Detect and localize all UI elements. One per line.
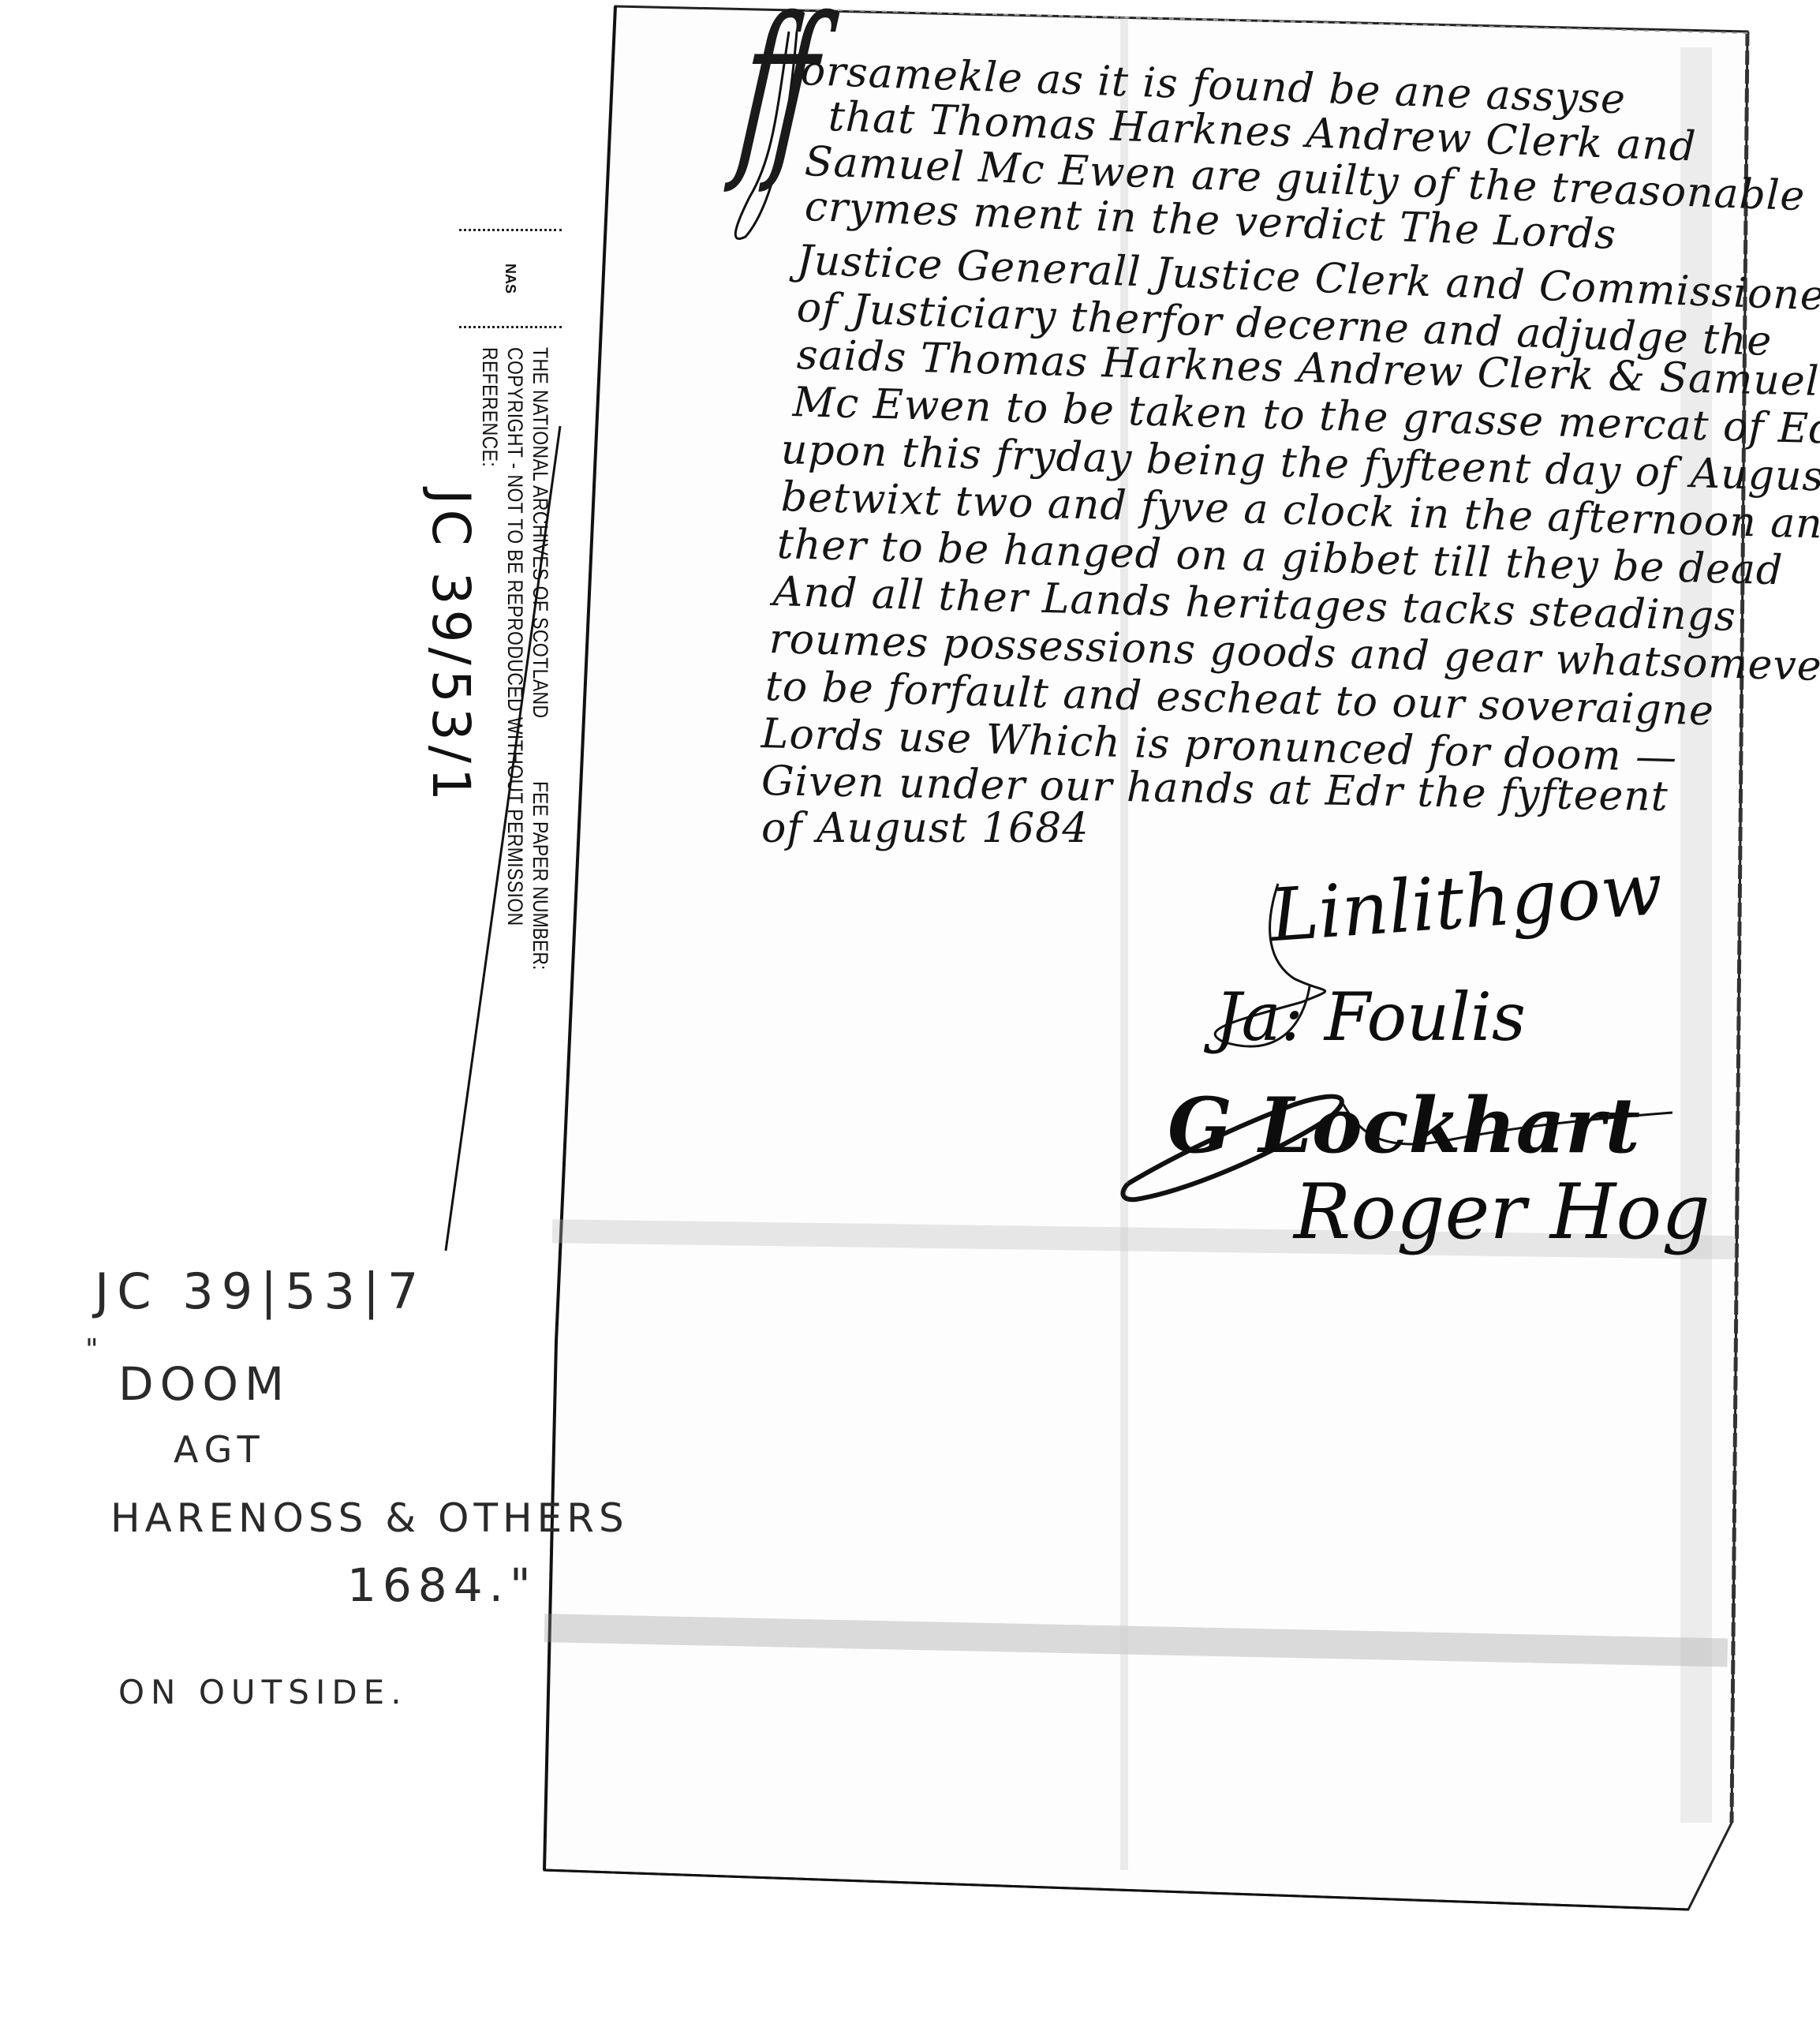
note-year: 1684." <box>347 1558 537 1612</box>
note-doom: DOOM <box>118 1357 290 1411</box>
stamp-archive-name: THE NATIONAL ARCHIVES OF SCOTLAND <box>528 347 552 719</box>
stamp-reference-value: JC 39/53/1 <box>420 489 481 806</box>
note-reference: JC 39|53|7 <box>95 1262 426 1320</box>
stamp-fee-paper-label: FEE PAPER NUMBER: <box>528 781 552 970</box>
manuscript-line: of August 1684 <box>761 805 1089 852</box>
stamp-copyright-notice: COPYRIGHT - NOT TO BE REPRODUCED WITHOUT… <box>503 347 527 926</box>
signature-lockhart: G Lockhart <box>1168 1081 1640 1170</box>
note-on-outside: ON OUTSIDE. <box>118 1673 408 1711</box>
signature-hog: Roger Hog <box>1294 1168 1710 1256</box>
note-open-quote: " <box>85 1334 105 1366</box>
note-agt: AGT <box>174 1428 266 1471</box>
stamp-reference-label: REFERENCE: <box>477 347 502 467</box>
archive-logo-icon: NAS <box>459 229 562 328</box>
archive-stamp: NAS THE NATIONAL ARCHIVES OF SCOTLAND FE… <box>394 229 568 1255</box>
note-names: HARENOSS & OTHERS <box>110 1495 629 1541</box>
scanned-document: NAS THE NATIONAL ARCHIVES OF SCOTLAND FE… <box>0 0 1820 2020</box>
signature-foulis: Ja: Foulis <box>1215 978 1526 1056</box>
